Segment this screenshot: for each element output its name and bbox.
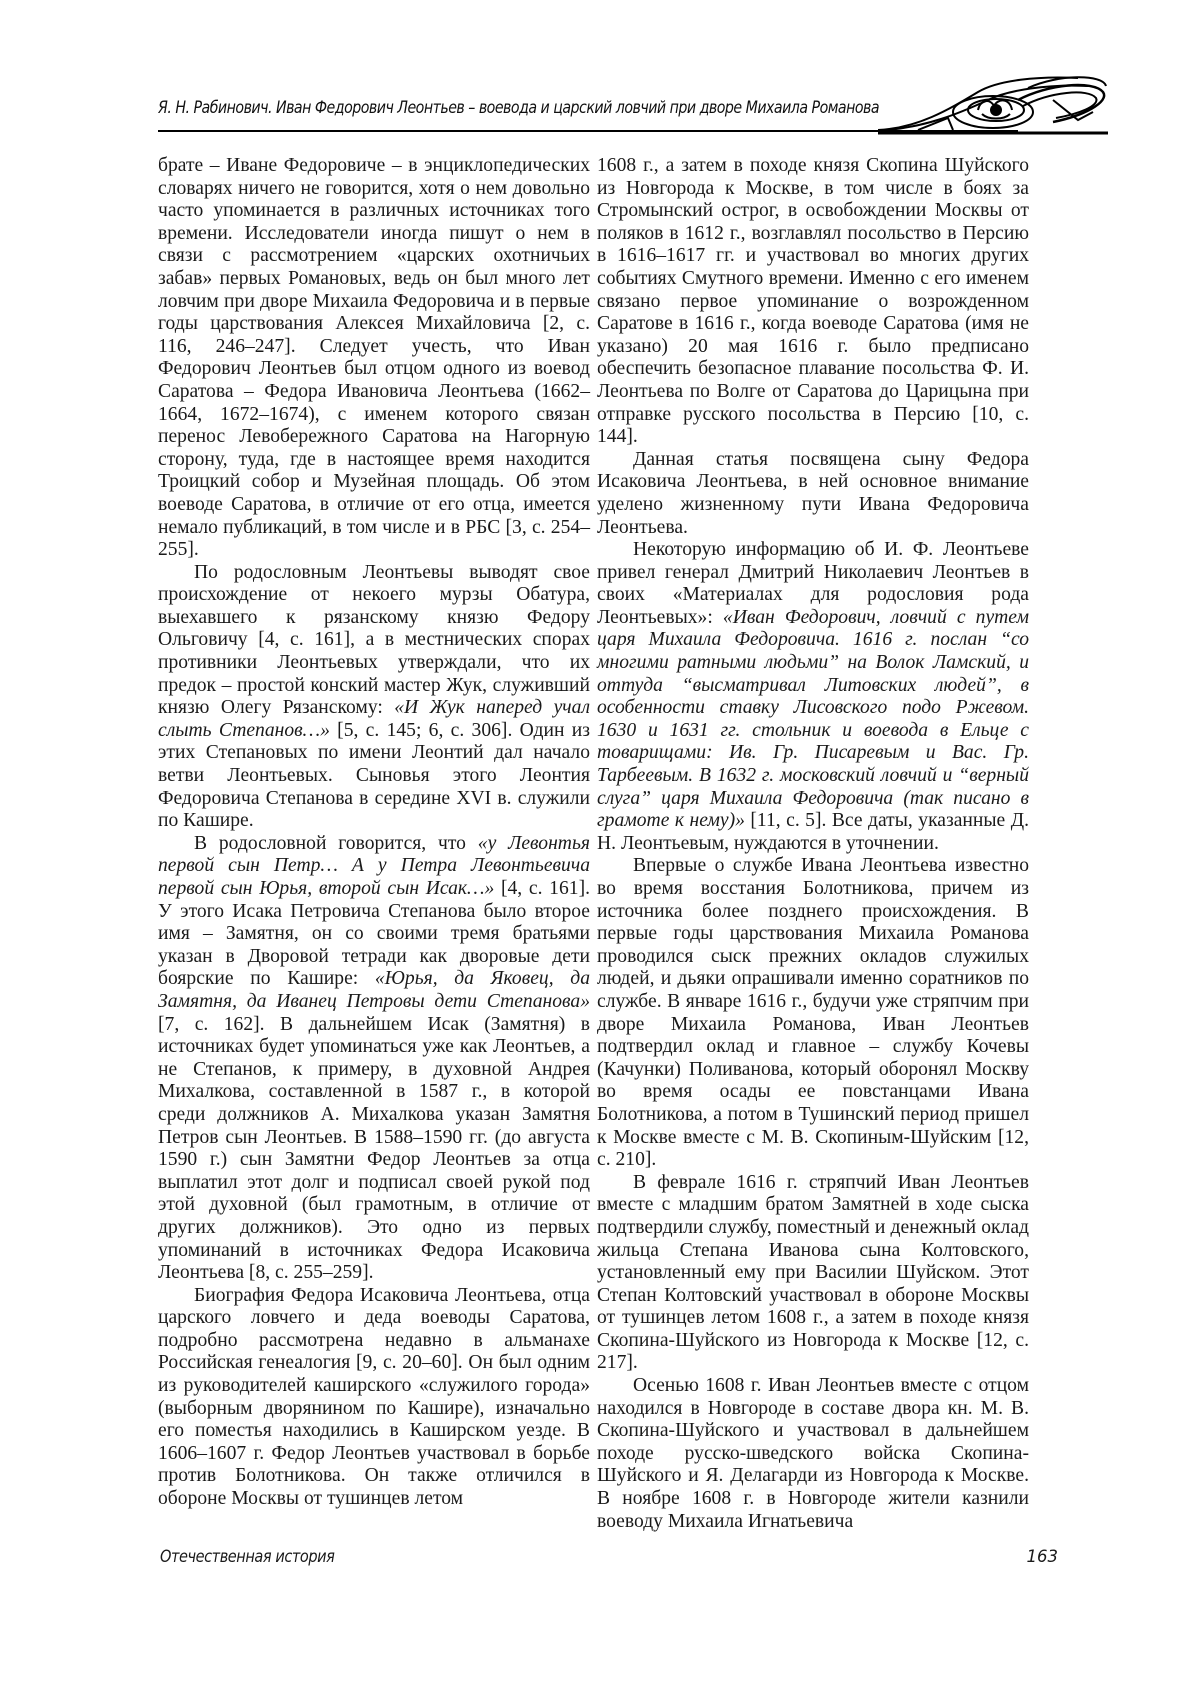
paragraph-text: Впервые о службе Ивана Леонтьева известн… (597, 855, 1029, 1170)
paragraph: Данная статья посвящена сыну Федора Исак… (597, 449, 1029, 539)
paragraph-text: брате – Иване Федоровиче – в энциклопеди… (158, 155, 590, 560)
paragraph: В феврале 1616 г. стряпчий Иван Леонтьев… (597, 1172, 1029, 1375)
paragraph: Осенью 1608 г. Иван Леонтьев вместе с от… (597, 1375, 1029, 1533)
quotation: «Иван Федорович, ловчий с путем царя Мих… (597, 607, 1029, 831)
journal-title: Отечественная история (160, 1547, 334, 1566)
paragraph: В родословной говорится, что «у Левонтья… (158, 833, 590, 1285)
paragraph-text: Данная статья посвящена сыну Федора Исак… (597, 449, 1029, 538)
paragraph-text: По родословным Леонтьевы выводят свое пр… (158, 562, 590, 719)
paragraph-text: В родословной говорится, что (194, 833, 478, 854)
left-column: брате – Иване Федоровиче – в энциклопеди… (158, 155, 590, 1511)
paragraph: По родословным Леонтьевы выводят свое пр… (158, 562, 590, 833)
paragraph: Биография Федора Исаковича Леонтьева, от… (158, 1285, 590, 1511)
paragraph-text: [7, с. 162]. В дальнейшем Исак (Замятня)… (158, 1014, 590, 1284)
paragraph-text: Осенью 1608 г. Иван Леонтьев вместе с от… (597, 1375, 1029, 1532)
paragraph: Впервые о службе Ивана Леонтьева известн… (597, 855, 1029, 1171)
right-column: 1608 г., а затем в походе князя Скопина … (597, 155, 1029, 1533)
paragraph: 1608 г., а затем в походе князя Скопина … (597, 155, 1029, 449)
running-title: Я. Н. Рабинович. Иван Федорович Леонтьев… (158, 98, 879, 117)
paragraph: брате – Иване Федоровиче – в энциклопеди… (158, 155, 590, 562)
running-header: Я. Н. Рабинович. Иван Федорович Леонтьев… (158, 80, 1108, 140)
paragraph-text: 1608 г., а затем в походе князя Скопина … (597, 155, 1029, 447)
flourish-ornament-icon (878, 70, 1118, 142)
paragraph-text: Биография Федора Исаковича Леонтьева, от… (158, 1285, 590, 1509)
paragraph: Некоторую информацию об И. Ф. Леонтьеве … (597, 539, 1029, 855)
paragraph-text: В феврале 1616 г. стряпчий Иван Леонтьев… (597, 1172, 1029, 1374)
